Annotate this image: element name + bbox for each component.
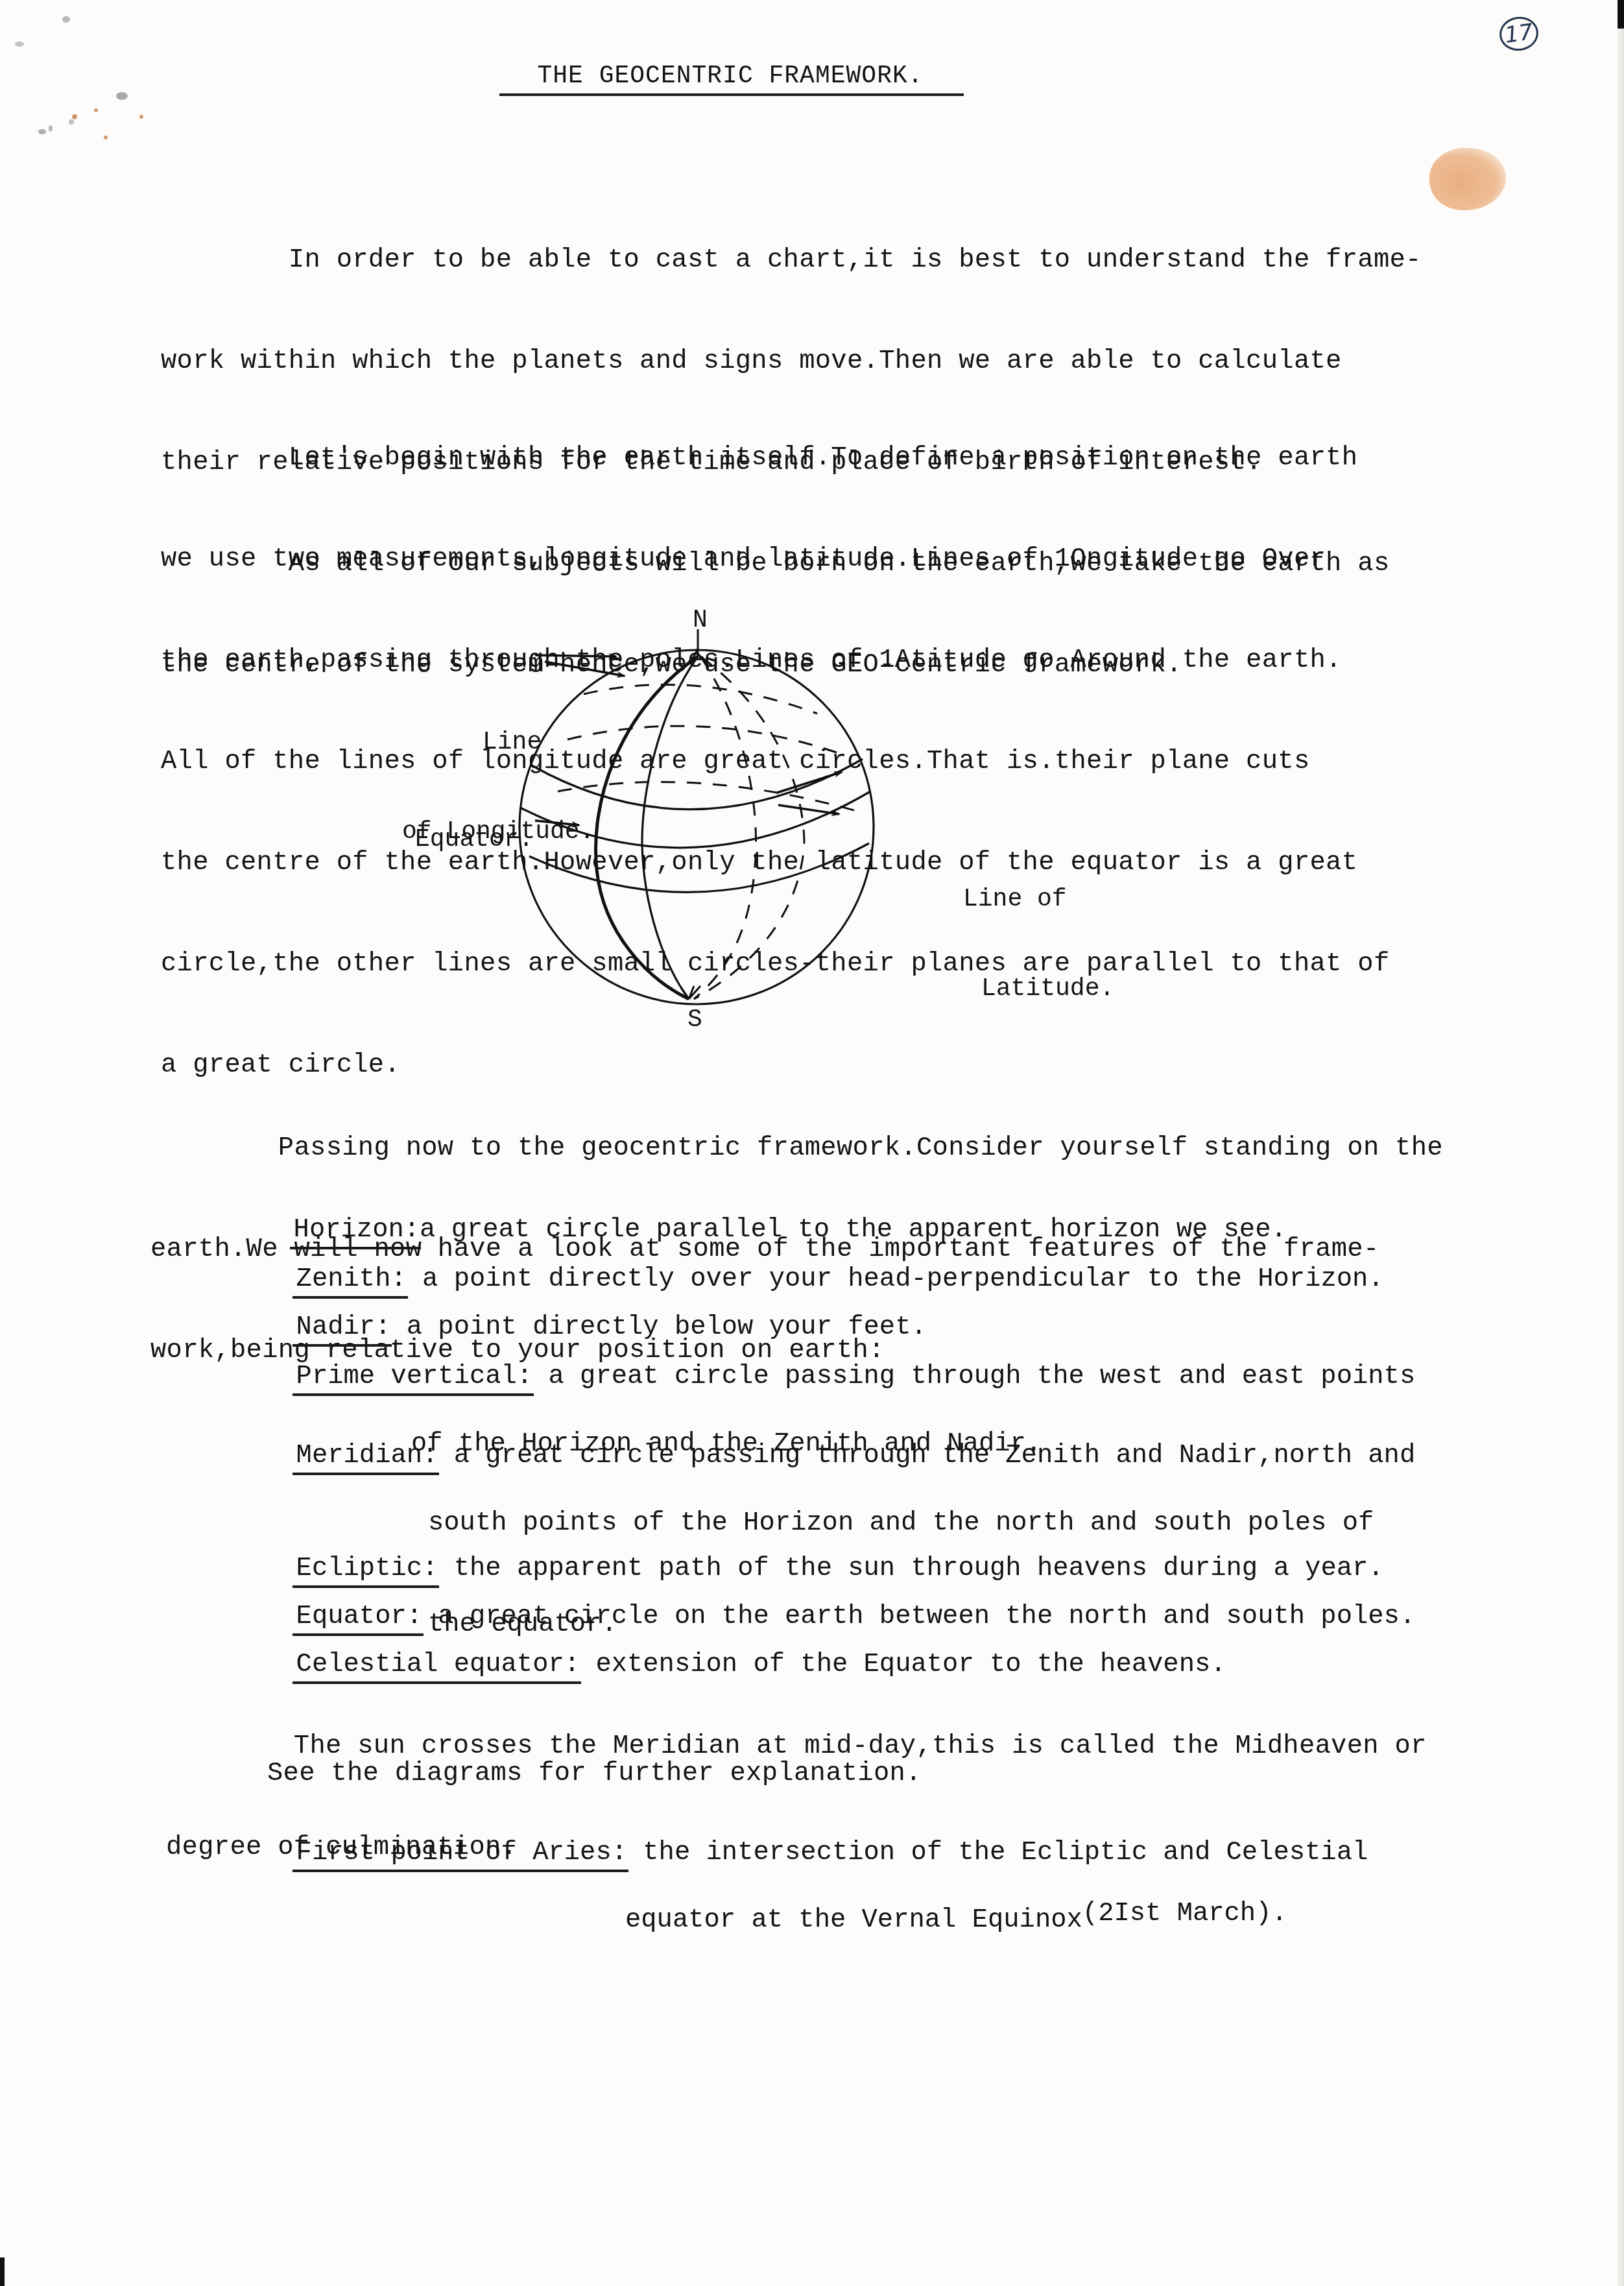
label-line: Line: [402, 728, 594, 758]
north-label: N: [693, 606, 708, 636]
latitude-label: Line of Latitude.: [963, 825, 1114, 1064]
text-line: Passing now to the geocentric framework.…: [150, 1131, 1443, 1165]
longitude-line: [642, 656, 698, 999]
latitude-arrow: [777, 772, 842, 793]
definition-term: Prime vertical:: [296, 1360, 533, 1393]
definition-text: the intersection of the Ecliptic and Cel…: [627, 1838, 1368, 1868]
globe-diagram: N S Line of Longitude. Equator. Line of …: [311, 597, 1154, 1038]
definition-continuation: equator at the Vernal Equinox: [625, 1905, 1082, 1935]
label-line: Line of: [963, 885, 1114, 915]
text-line: we use two measurements,longitude and la…: [161, 542, 1390, 576]
paper-specks: [0, 0, 195, 169]
definition-first-point-of-aries: First point of Aries: the intersection o…: [265, 1802, 1368, 1971]
longitude-arrow: [535, 655, 616, 656]
page-number: 17: [1498, 14, 1541, 53]
title-underline: [499, 93, 964, 96]
definition-text: a great circle passing through the Zenit…: [438, 1441, 1415, 1471]
south-label: S: [687, 1005, 702, 1035]
text-line: In order to be able to cast a chart,it i…: [161, 243, 1422, 277]
paper-stain: [1429, 148, 1506, 210]
text-line: Let's begin with the earth itself.To def…: [161, 441, 1390, 475]
equator-label: Equator.: [415, 825, 533, 855]
longitude-label: Line of Longitude.: [402, 668, 594, 907]
longitude-line: [596, 656, 698, 999]
definition-term: Meridian:: [296, 1439, 438, 1473]
scan-edge-mark: [0, 2257, 5, 2286]
latitude-arrow: [778, 805, 839, 814]
page-title: THE GEOCENTRIC FRAMEWORK.: [503, 62, 957, 90]
definition-text: a great circle passing through the west …: [532, 1362, 1415, 1391]
scan-edge-mark: [1618, 0, 1624, 29]
date-annotation: (2Ist March).: [1082, 1899, 1287, 1929]
see-diagrams-note: See the diagrams for further explanation…: [267, 1757, 922, 1790]
page-edge: [1618, 0, 1624, 2286]
definition-term: First point of Aries:: [296, 1836, 627, 1870]
label-line: Latitude.: [963, 974, 1114, 1004]
